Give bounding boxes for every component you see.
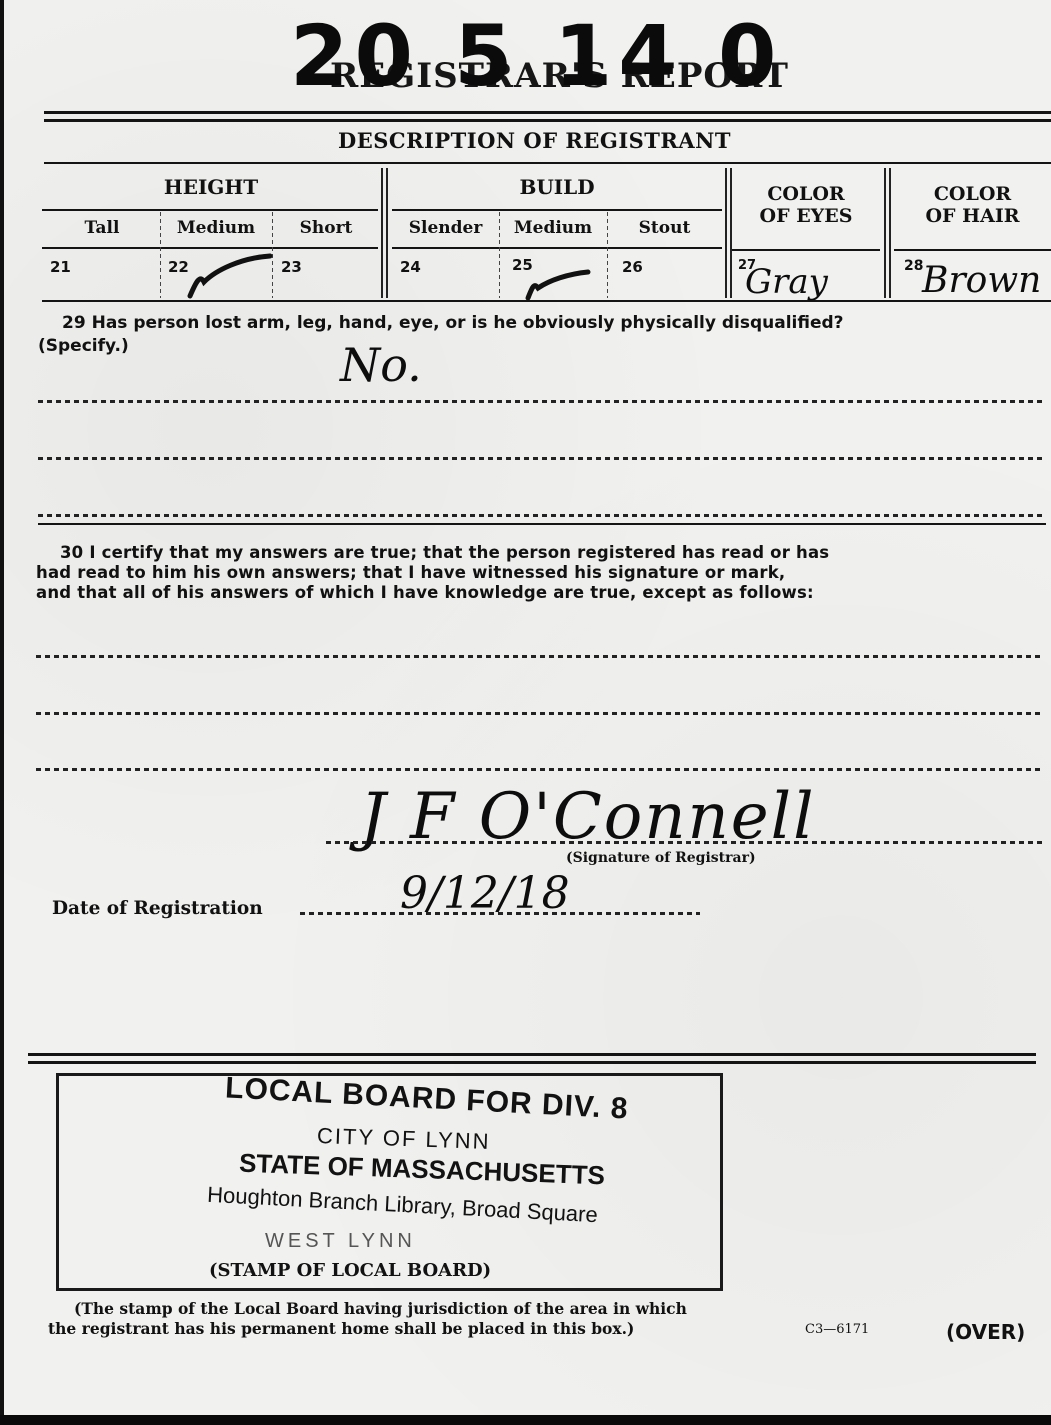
hair-header: COLOR OF HAIR (894, 183, 1051, 227)
divider (28, 1053, 1036, 1056)
stamp-instructions-line-1: (The stamp of the Local Board having jur… (48, 1299, 687, 1319)
exception-line (36, 768, 1044, 771)
eyes-header-line2: OF EYES (730, 205, 882, 227)
hair-header-line1: COLOR (894, 183, 1051, 205)
build-slender-header: Slender (392, 218, 499, 238)
divider (730, 168, 732, 298)
divider (884, 168, 886, 298)
height-group-header: HEIGHT (44, 175, 378, 199)
divider (392, 247, 722, 249)
build-stout-number: 26 (622, 258, 643, 276)
build-slender-number: 24 (400, 258, 421, 276)
question-text: Has person lost arm, leg, hand, eye, or … (92, 313, 844, 333)
certification-text: 30 I certify that my answers are true; t… (36, 543, 1048, 603)
stamp-line-city: CITY OF LYNN (317, 1123, 491, 1155)
stamp-line-board: LOCAL BOARD FOR DIV. 8 (224, 1071, 629, 1126)
registration-card-back: 20 5 14 0 REGISTRAR'S REPORT DESCRIPTION… (0, 0, 1051, 1425)
divider (725, 168, 727, 298)
height-short-number: 23 (281, 258, 302, 276)
checkmark-icon (186, 252, 276, 300)
eyes-header-line1: COLOR (730, 183, 882, 205)
divider (732, 249, 880, 251)
date-label: Date of Registration (52, 898, 263, 919)
checkmark-icon (520, 262, 592, 302)
form-code: C3—6171 (805, 1322, 869, 1337)
height-tall-number: 21 (50, 258, 71, 276)
stamp-line-west-lynn: WEST LYNN (265, 1230, 416, 1253)
signature-caption: (Signature of Registrar) (566, 850, 756, 866)
build-medium-header: Medium (499, 218, 607, 238)
scan-edge-bottom (0, 1415, 1051, 1425)
divider (28, 1061, 1036, 1064)
divider (44, 119, 1051, 122)
divider (44, 162, 1051, 164)
question-29-text: 29 Has person lost arm, leg, hand, eye, … (62, 313, 844, 334)
certification-line-2: had read to him his own answers; that I … (36, 563, 1048, 583)
certification-line-3: and that all of his answers of which I h… (36, 583, 1048, 603)
question-29-specify: (Specify.) (38, 336, 129, 357)
certification-line-1-text: I certify that my answers are true; that… (89, 543, 829, 562)
answer-line (38, 400, 1046, 403)
stamp-line-state: STATE OF MASSACHUSETTS (239, 1148, 606, 1192)
divider (42, 247, 378, 249)
divider (386, 168, 388, 298)
height-tall-header: Tall (44, 218, 160, 238)
exception-line (36, 655, 1044, 658)
stamp-instructions-line-2: the registrant has his permanent home sh… (48, 1319, 687, 1339)
eyes-header: COLOR OF EYES (730, 183, 882, 227)
signature-line (326, 841, 1046, 844)
stamp-caption: (STAMP OF LOCAL BOARD) (209, 1260, 491, 1281)
certification-line-1: 30 I certify that my answers are true; t… (36, 543, 1048, 563)
question-number: 29 (62, 313, 86, 333)
hair-header-line2: OF HAIR (894, 205, 1051, 227)
question-29-answer: No. (340, 338, 422, 392)
hair-number: 28 (904, 258, 923, 274)
divider (42, 209, 378, 211)
local-board-stamp-box: LOCAL BOARD FOR DIV. 8 CITY OF LYNN STAT… (56, 1073, 723, 1291)
divider (381, 168, 383, 298)
divider (889, 168, 891, 298)
divider (38, 523, 1046, 525)
date-line (300, 912, 700, 915)
height-medium-header: Medium (160, 218, 272, 238)
build-stout-header: Stout (607, 218, 722, 238)
stamp-instructions: (The stamp of the Local Board having jur… (48, 1299, 687, 1339)
over-label: (OVER) (946, 1320, 1025, 1344)
exception-line (36, 712, 1044, 715)
build-group-header: BUILD (392, 175, 722, 199)
height-short-header: Short (272, 218, 380, 238)
question-number: 30 (60, 543, 83, 562)
divider (894, 249, 1051, 251)
serial-number-stamp: 20 5 14 0 (290, 14, 782, 98)
answer-line (38, 457, 1046, 460)
scan-edge-left (0, 0, 4, 1425)
hair-value: Brown (922, 260, 1041, 301)
eyes-value: Gray (745, 262, 828, 302)
section-title: DESCRIPTION OF REGISTRANT (338, 128, 731, 153)
divider (44, 111, 1051, 114)
answer-line (38, 514, 1046, 517)
divider (392, 209, 722, 211)
